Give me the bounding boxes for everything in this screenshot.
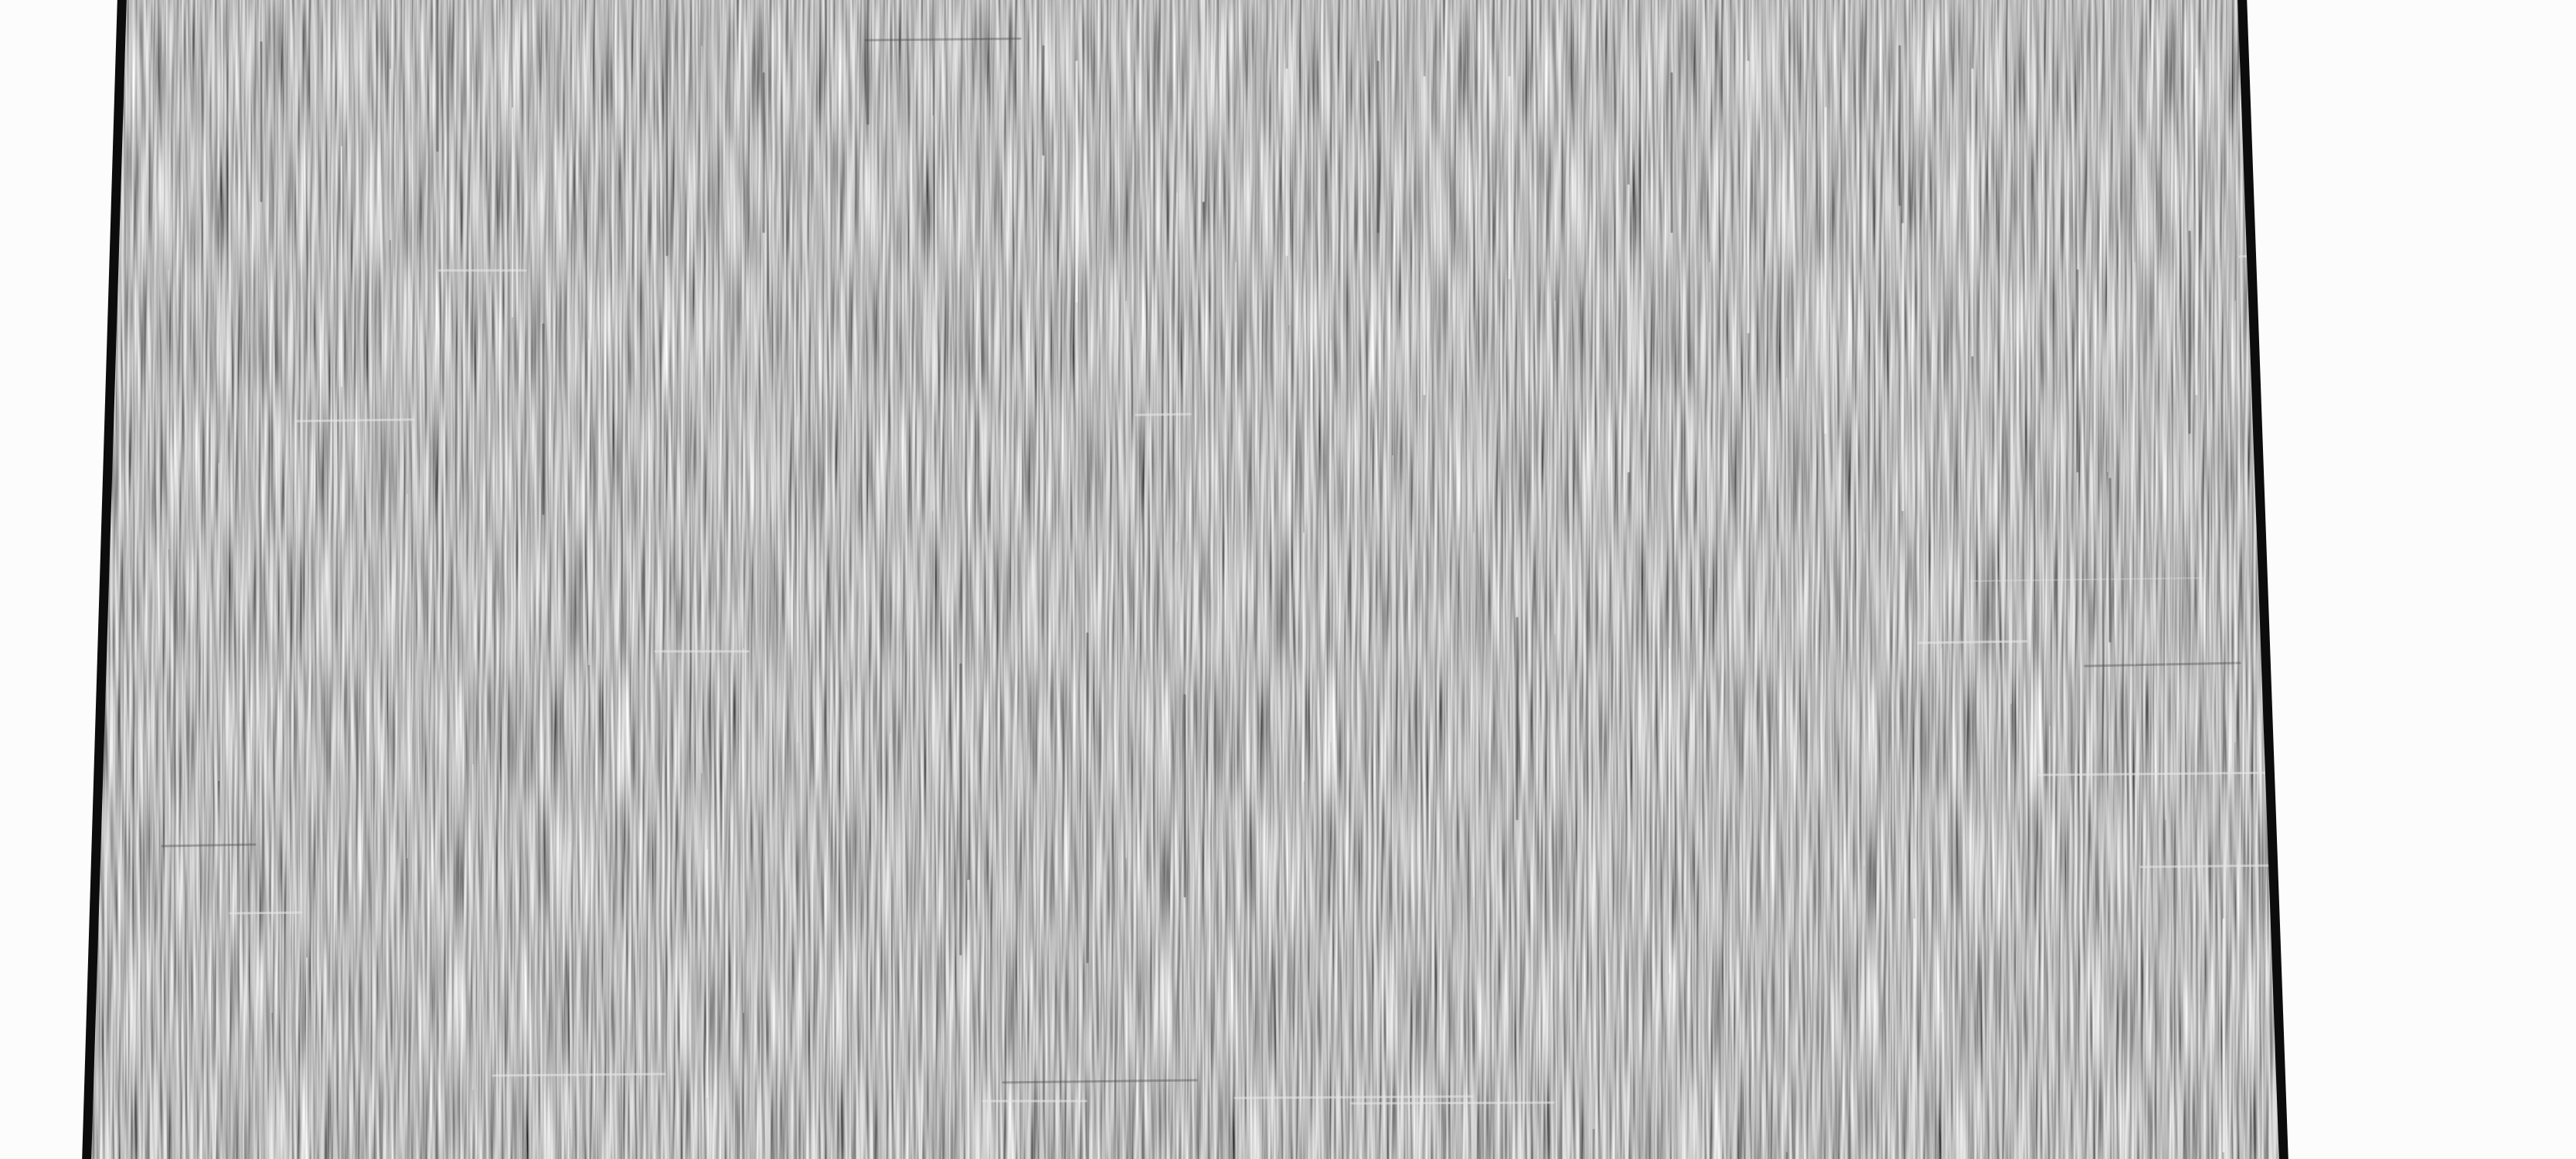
panel-art-layers — [58, 0, 2311, 1159]
panel-art — [0, 0, 2576, 1159]
streak-overlay-vertical — [82, 0, 2289, 1159]
manga-page — [0, 0, 2576, 1159]
